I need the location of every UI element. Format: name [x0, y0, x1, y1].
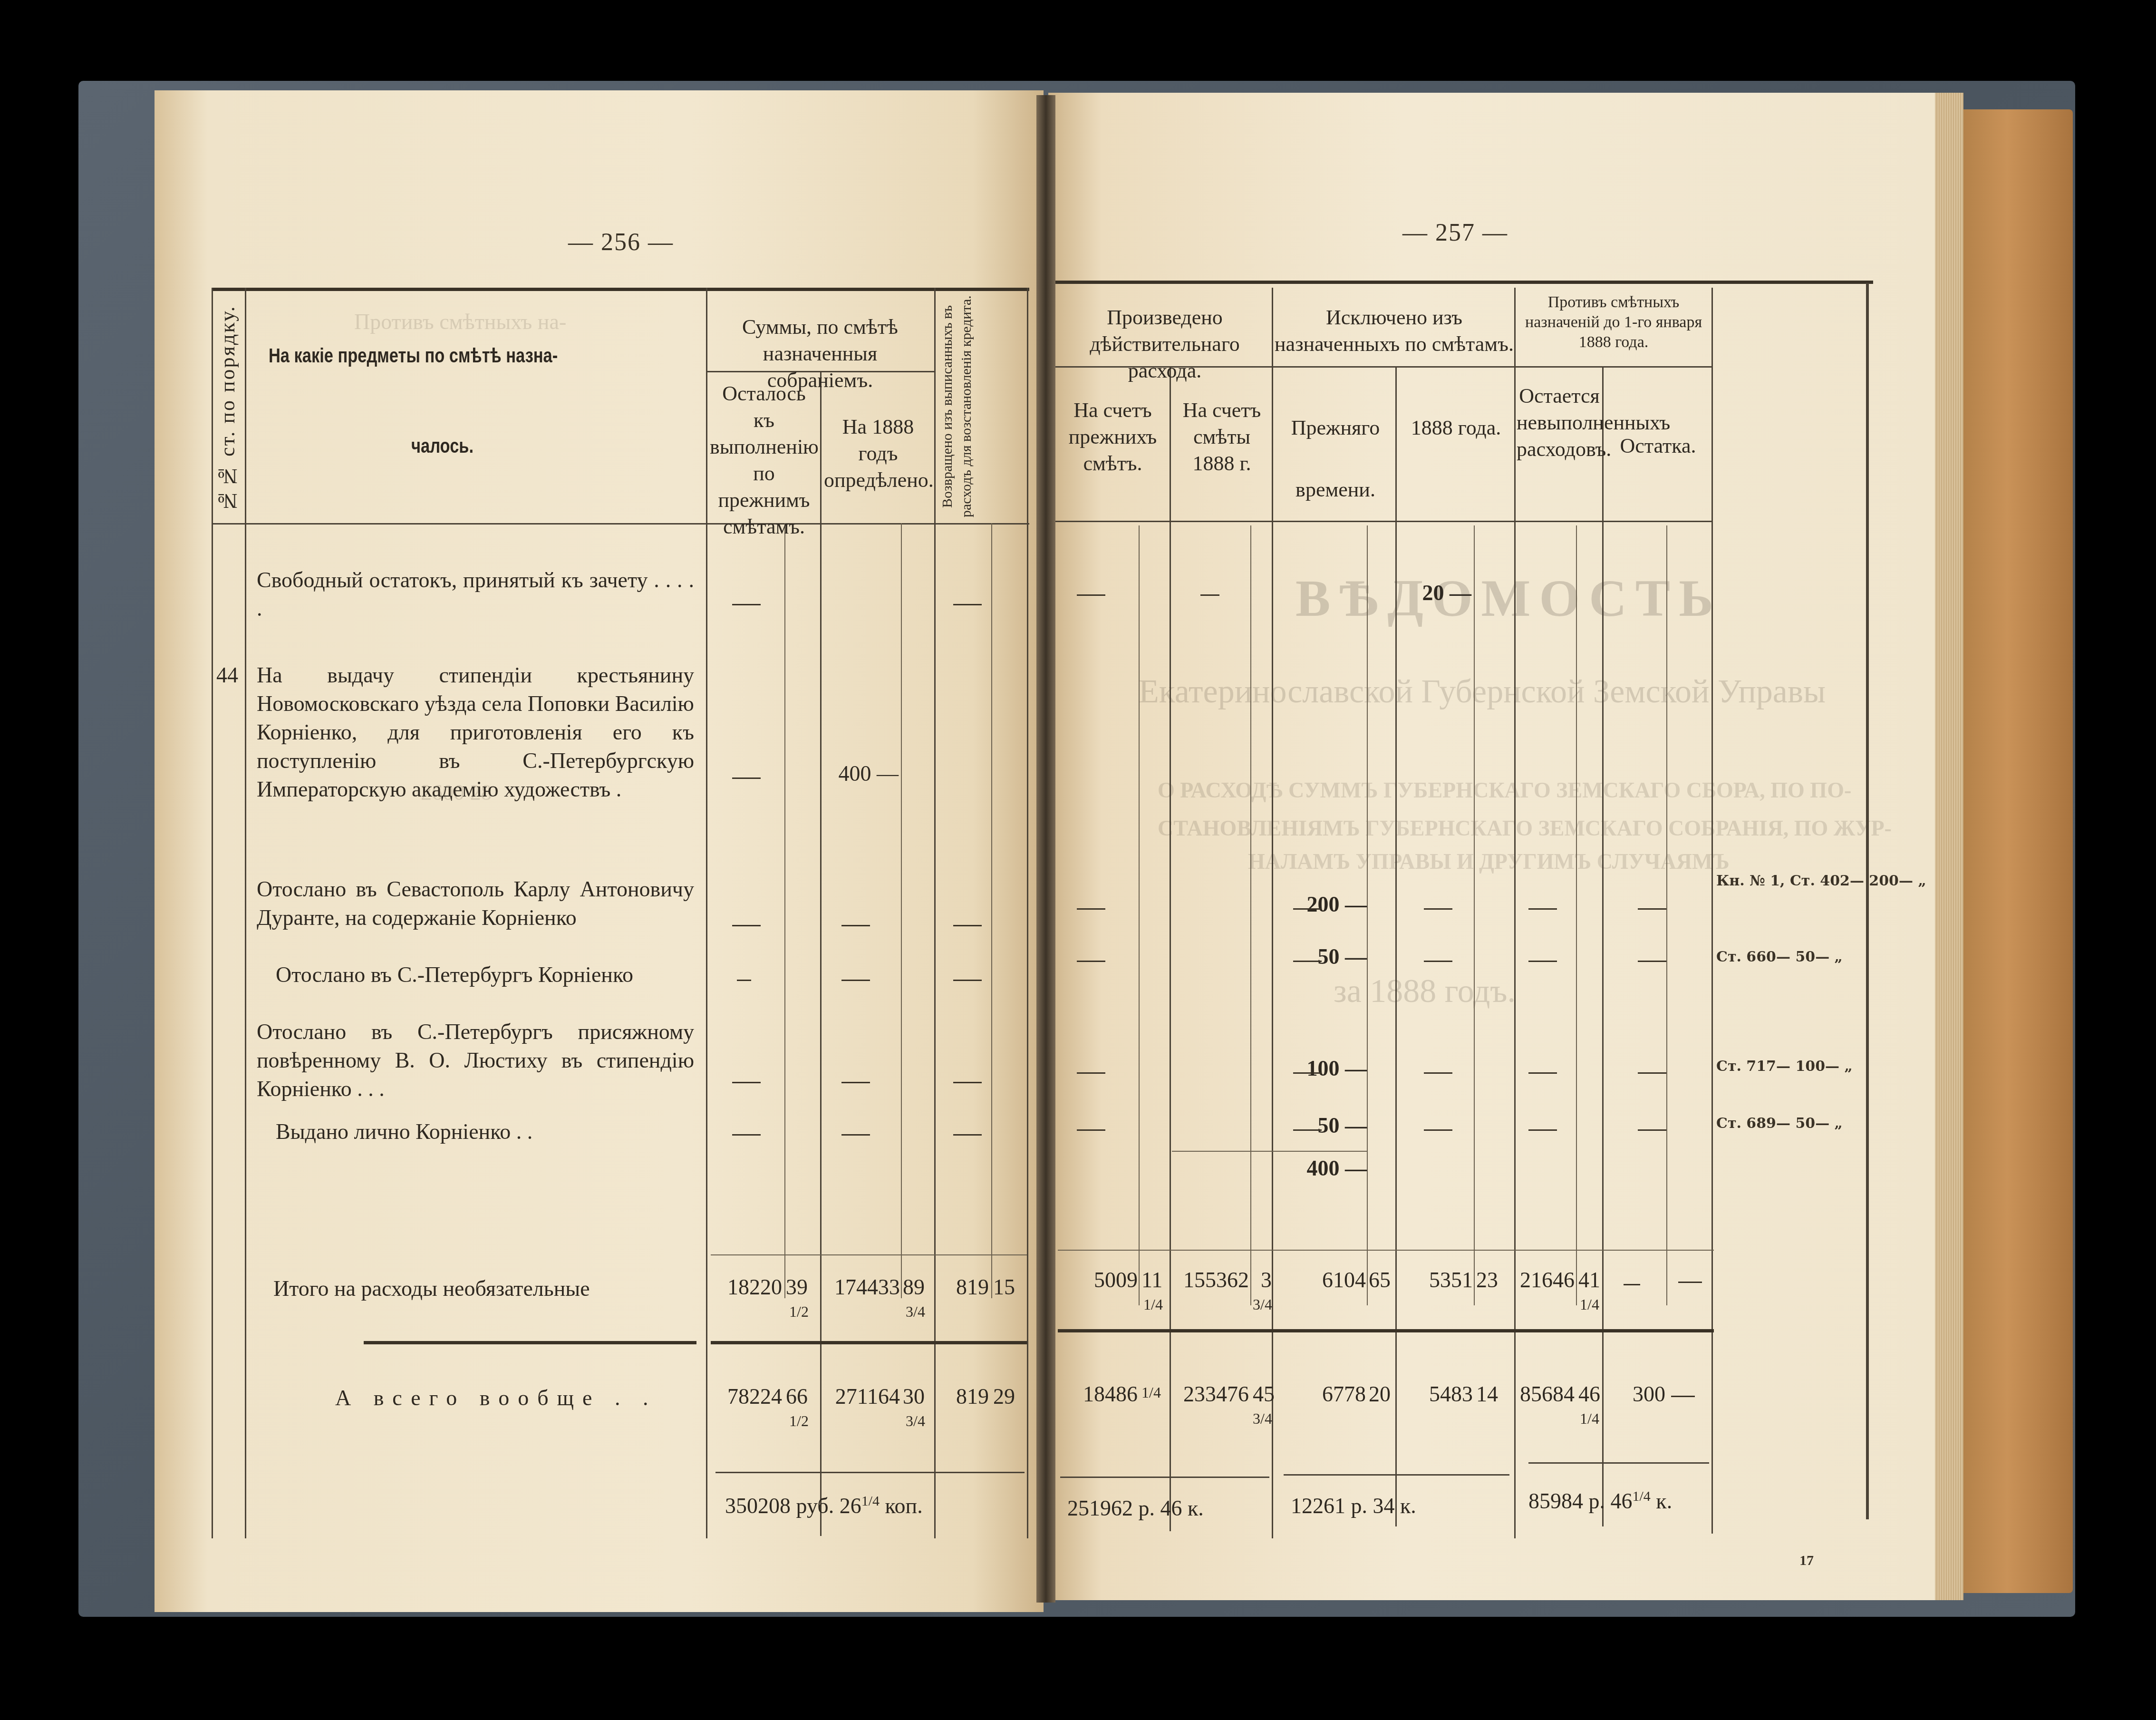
grand-total-rule — [1284, 1474, 1509, 1476]
row-note: Ст. 660— 50— „ — [1716, 949, 1843, 965]
kop-divider — [1576, 525, 1577, 1305]
grand-total-kop: 26 — [840, 1494, 861, 1518]
itogo-unfulfilled-kop: 41 — [1578, 1267, 1602, 1292]
subtotal-rule — [1172, 1151, 1367, 1152]
kop-divider — [1367, 525, 1368, 1305]
vsego-year-1888-excluded-kop: 14 — [1476, 1381, 1513, 1407]
itogo-prev-estimates: 5009 — [1058, 1267, 1138, 1292]
row-estimate-1888-value: 100 — — [1253, 1056, 1367, 1081]
row-note: Ст. 717— 100— „ — [1716, 1058, 1853, 1075]
grand-total-rub: 350208 — [725, 1494, 791, 1518]
page-stack-edges — [1930, 93, 1963, 1600]
kop-label: коп. — [885, 1494, 923, 1518]
grand-total-rub: 12261 — [1291, 1494, 1345, 1518]
bleed-through-text: СТАНОВЛЕНІЯМЪ ГУБЕРНСКАГО ЗЕМСКАГО СОБРА… — [1158, 816, 1892, 841]
row-dash — [1293, 1072, 1322, 1074]
row-remaining-dash — [732, 1134, 761, 1136]
kop-divider — [784, 523, 785, 1298]
left-page-256: Противъ смѣтныхъ на- 2600 28 — 256 — №№ … — [155, 90, 1044, 1612]
row-prev-time-value: 20 — — [1376, 580, 1471, 605]
page-number-257: — 257 — — [1402, 219, 1508, 247]
vsego-estimate-1888-kop: 45 — [1253, 1381, 1272, 1407]
kop-label: к. — [1188, 1496, 1204, 1520]
row-estimate-1888-value: 50 — — [1253, 1113, 1367, 1138]
bleed-through-text: Екатеринославской Губернской Земской Упр… — [1139, 673, 1826, 711]
vsego-year-1888-frac: 3/4 — [906, 1412, 925, 1430]
subtotal-rule — [711, 1254, 1027, 1255]
row-returned-dash — [953, 1134, 982, 1136]
row-dash — [1528, 1129, 1557, 1131]
grand-total-actual: 251962 р. 46 к. — [1067, 1496, 1204, 1521]
row-remaining-dash — [732, 777, 761, 779]
vsego-balance-kop-dash — [1671, 1396, 1695, 1397]
row-dash — [1528, 908, 1557, 910]
row-year-1888-value: 400 — — [820, 761, 899, 786]
itogo-prev-time: 6104 — [1276, 1267, 1366, 1292]
row-dash — [1638, 908, 1666, 910]
header-bottom-rule — [212, 523, 1029, 525]
table-top-rule — [1055, 281, 1873, 284]
grand-total-kop: 34 — [1373, 1494, 1395, 1518]
vsego-remaining: 78224 — [706, 1384, 782, 1409]
header-row-number: №№ ст. по порядку. — [215, 300, 244, 518]
vsego-estimate-1888-frac: 3/4 — [1253, 1410, 1272, 1428]
right-page-257: ВѢДОМОСТЬ Екатеринославской Губернской З… — [1048, 93, 1935, 1600]
row-remaining-dash — [737, 980, 751, 981]
rub-label: р. — [1351, 1494, 1368, 1518]
rub-label: руб. — [796, 1494, 834, 1518]
row-year-dash — [841, 980, 870, 981]
kop-divider — [901, 523, 902, 1298]
kop-label: к. — [1400, 1494, 1416, 1518]
grand-total-assigned: 350208 руб. 261/4 коп. — [725, 1493, 923, 1518]
col-divider — [1602, 366, 1604, 1526]
grand-total-rule — [1060, 1477, 1269, 1478]
header-bottom-rule — [1055, 521, 1711, 522]
row-dash — [1293, 961, 1322, 962]
header-excluded: Исключено изъ назначенныхъ по смѣтамъ. — [1274, 304, 1514, 358]
itogo-year-1888-frac: 3/4 — [906, 1303, 925, 1321]
col-divider — [706, 288, 707, 1538]
row-remaining-dash — [732, 925, 761, 926]
row-remaining-dash — [732, 1082, 761, 1083]
vsego-unfulfilled: 85684 — [1517, 1381, 1575, 1407]
total-rule — [1058, 1329, 1714, 1332]
vsego-prev-estimates: 18486 — [1055, 1381, 1138, 1407]
itogo-estimate-1888: 155362 — [1172, 1267, 1249, 1292]
row-estimate-1888-value: 50 — — [1253, 944, 1367, 969]
row-dash — [1293, 908, 1322, 910]
row-dash — [1077, 908, 1105, 910]
kop-divider — [1139, 525, 1140, 1305]
vsego-year-1888-excluded: 5483 — [1398, 1381, 1473, 1407]
itogo-year-1888-excluded: 5351 — [1398, 1267, 1473, 1292]
rub-label: р. — [1139, 1496, 1155, 1520]
row-estimate-1888-value: 200 — — [1253, 892, 1367, 917]
signature-mark: 17 — [1799, 1553, 1814, 1569]
grand-total-against: 85984 р. 461/4 к. — [1528, 1488, 1672, 1514]
row-description: На выдачу стипендіи крестьянину Новомоск… — [257, 661, 694, 804]
grand-total-rule — [715, 1472, 1025, 1473]
row-dash — [1424, 1072, 1452, 1074]
vsego-year-1888-kop: 30 — [903, 1384, 933, 1409]
col-divider — [820, 371, 822, 1536]
header-returned: Возвращено изъ выписанныхъ въ расходъ дл… — [938, 295, 1024, 518]
grand-total-excluded: 12261 р. 34 к. — [1291, 1493, 1416, 1518]
bleed-through-text: за 1888 годъ. — [1334, 972, 1516, 1011]
col-divider — [1027, 288, 1028, 1538]
header-description-cont: чалось. — [411, 433, 528, 459]
row-dash — [1077, 961, 1105, 962]
col-divider — [245, 288, 246, 1538]
vsego-returned: 819 — [934, 1384, 989, 1409]
row-returned-dash — [953, 1082, 982, 1083]
bleed-through-text: НАЛАМЪ УПРАВЫ И ДРУГИМЪ СЛУЧАЯМЪ — [1248, 849, 1730, 874]
itogo-estimate-1888-kop: 3 — [1253, 1267, 1272, 1292]
vsego-balance: 300 — [1605, 1381, 1665, 1407]
header-prev-time: Прежняго времени. — [1276, 397, 1394, 521]
itogo-prev-estimates-frac: 1/4 — [1143, 1296, 1163, 1313]
header-remaining: Осталось къ выполненію по прежнимъ смѣта… — [710, 380, 818, 540]
itogo-returned: 819 — [934, 1274, 989, 1300]
kop-label: к. — [1656, 1489, 1672, 1513]
vsego-prev-estimates-frac: 1/4 — [1141, 1384, 1161, 1401]
col-divider — [1711, 288, 1713, 1534]
book-spine — [1036, 95, 1055, 1603]
itogo-unfulfilled-frac: 1/4 — [1580, 1296, 1599, 1313]
table-right-border — [1866, 283, 1869, 1519]
row-returned-dash — [953, 604, 982, 605]
itogo-prev-time-kop: 65 — [1369, 1267, 1395, 1292]
kop-divider — [1666, 525, 1667, 1305]
row-note: Кн. № 1, Ст. 402— 200— „ — [1716, 873, 1926, 889]
itogo-balance-kop-dash — [1678, 1282, 1702, 1283]
subtotal-400: 400 — — [1253, 1156, 1367, 1181]
row-dash — [1293, 1129, 1322, 1131]
kop-fraction: 1/4 — [861, 1493, 880, 1509]
itogo-remaining-kop: 39 — [786, 1274, 817, 1300]
row-dash — [1424, 961, 1452, 962]
table-top-rule — [212, 288, 1029, 291]
row-dash — [1200, 594, 1219, 596]
kop-divider — [1474, 525, 1475, 1305]
header-description: На какіе предметы по смѣтѣ назна- — [269, 342, 619, 369]
kop-fraction: 1/4 — [1633, 1488, 1651, 1504]
grand-total-rub: 251962 — [1067, 1496, 1133, 1520]
rub-label: р. — [1589, 1489, 1605, 1513]
row-description: Выдано лично Корніенко . . — [276, 1118, 694, 1146]
page-number-256: — 256 — — [568, 228, 674, 256]
itogo-remaining-frac: 1/2 — [789, 1303, 809, 1321]
col-divider — [1170, 366, 1171, 1531]
header-actual-expense: Произведено дѣйствительнаго расхода. — [1058, 304, 1272, 384]
col-divider — [1395, 366, 1397, 1526]
total-rule — [364, 1341, 696, 1344]
row-dash — [1528, 1072, 1557, 1074]
itogo-returned-kop: 15 — [993, 1274, 1026, 1300]
header-estimate-1888: На счетъ смѣты 1888 г. — [1172, 397, 1272, 477]
row-year-dash — [841, 1082, 870, 1083]
row-remaining-dash — [732, 604, 761, 605]
subtotal-rule — [1058, 1250, 1714, 1251]
itogo-year-1888-kop: 89 — [903, 1274, 933, 1300]
row-dash — [1638, 1072, 1666, 1074]
grand-total-kop: 46 — [1160, 1496, 1182, 1520]
row-returned-dash — [953, 980, 982, 981]
kop-divider — [1250, 525, 1251, 1305]
itogo-balance-dash — [1624, 1284, 1640, 1285]
bleed-through-text: Противъ смѣтныхъ на- — [354, 309, 566, 334]
header-prev-estimates: На счетъ прежнихъ смѣтъ. — [1057, 397, 1169, 477]
col-divider — [1514, 288, 1516, 1538]
vsego-estimate-1888: 233476 — [1172, 1381, 1249, 1407]
row-description: Отослано въ Севастополь Карлу Антоновичу… — [257, 875, 694, 932]
vsego-year-1888: 271164 — [820, 1384, 900, 1409]
vsego-remaining-kop: 66 — [786, 1384, 817, 1409]
bleed-through-text: О РАСХОДѢ СУММЪ ГУБЕРНСКАГО ЗЕМСКАГО СБО… — [1158, 777, 1851, 803]
vsego-unfulfilled-kop: 46 — [1578, 1381, 1602, 1407]
row-description: Свободный остатокъ, принятый къ зачету .… — [257, 566, 694, 623]
grand-total-rule — [1528, 1462, 1709, 1464]
grand-total-rub: 85984 — [1528, 1489, 1583, 1513]
row-description: Отослано въ С.-Петербургъ присяжному пов… — [257, 1018, 694, 1103]
vsego-prev-time-kop: 20 — [1369, 1381, 1395, 1407]
row-dash — [1528, 961, 1557, 962]
row-note: Ст. 689— 50— „ — [1716, 1115, 1843, 1132]
row-dash — [1077, 1129, 1105, 1131]
header-unfulfilled: Остается невыполненныхъ расходовъ. — [1517, 383, 1602, 463]
row-description: Отослано въ С.-Петербургъ Корніенко — [276, 961, 694, 989]
vsego-label: А всего вообще . . — [335, 1384, 696, 1412]
bleed-through-title: ВѢДОМОСТЬ — [1296, 568, 1722, 629]
row-dash — [1424, 1129, 1452, 1131]
itogo-estimate-1888-frac: 3/4 — [1253, 1296, 1272, 1313]
col-divider — [934, 288, 936, 1538]
vsego-prev-time: 6778 — [1276, 1381, 1366, 1407]
row-dash — [1424, 908, 1452, 910]
row-year-dash — [841, 1134, 870, 1136]
itogo-remaining: 18220 — [706, 1274, 782, 1300]
header-balance: Остатка. — [1605, 433, 1711, 459]
itogo-prev-estimates-kop: 11 — [1141, 1267, 1170, 1292]
vsego-returned-kop: 29 — [993, 1384, 1026, 1409]
row-number: 44 — [216, 661, 238, 690]
row-year-dash — [841, 925, 870, 926]
vsego-remaining-frac: 1/2 — [789, 1412, 809, 1430]
vsego-unfulfilled-frac: 1/4 — [1580, 1410, 1599, 1428]
kop-divider — [991, 523, 992, 1298]
itogo-year-1888-excluded-kop: 23 — [1476, 1267, 1513, 1292]
table-left-border — [212, 288, 213, 1538]
row-dash — [1077, 1072, 1105, 1074]
row-dash — [1638, 1129, 1666, 1131]
grand-total-kop: 46 — [1611, 1489, 1633, 1513]
row-dash — [1077, 594, 1105, 596]
total-rule — [711, 1341, 1027, 1344]
row-returned-dash — [953, 925, 982, 926]
itogo-label: Итого на расходы необязательные — [273, 1274, 692, 1303]
itogo-unfulfilled: 21646 — [1517, 1267, 1575, 1292]
header-year-1888: На 1888 годъ опредѣлено. — [824, 414, 932, 494]
header-year-1888-excluded: 1888 года. — [1398, 397, 1514, 459]
itogo-year-1888: 174433 — [820, 1274, 900, 1300]
book-cover-edge — [1963, 109, 2073, 1593]
row-dash — [1638, 961, 1666, 962]
header-against: Противъ смѣтныхъ назначеній до 1-го янва… — [1517, 292, 1711, 352]
